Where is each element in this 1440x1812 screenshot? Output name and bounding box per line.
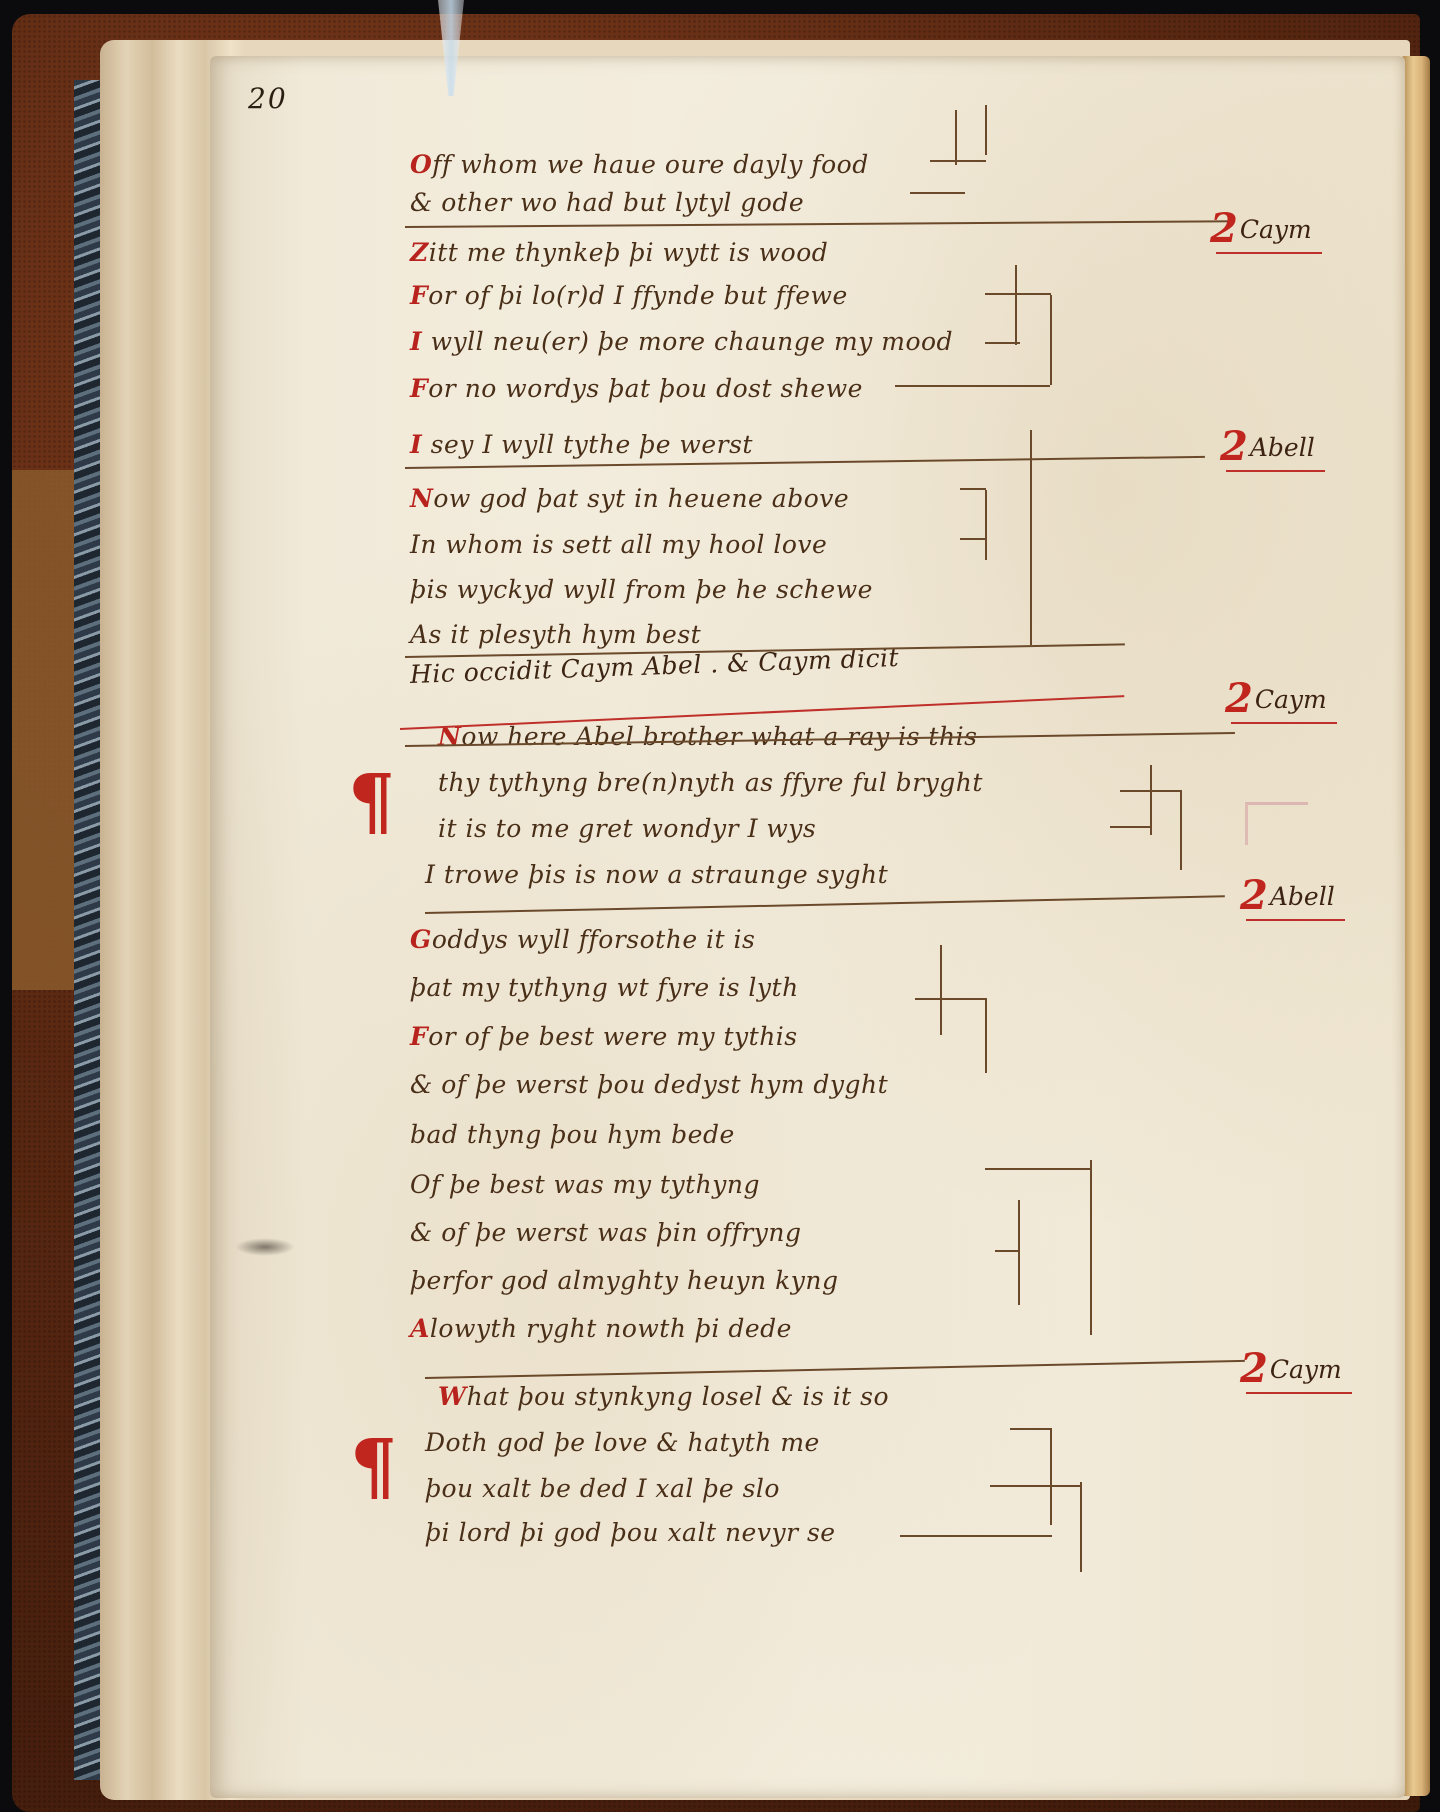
verse-line: Now god þat syt in heuene above xyxy=(410,484,849,513)
rhyme-bracket xyxy=(985,490,987,560)
verse-line: For of þe best were my tythis xyxy=(410,1022,798,1051)
rhyme-bracket xyxy=(900,1535,1052,1537)
rhyme-bracket xyxy=(910,192,965,194)
verse-line: þis wyckyd wyll from þe he schewe xyxy=(410,575,873,604)
rhyme-bracket xyxy=(985,998,987,1073)
verse-line: thy tythyng bre(n)nyth as ffyre ful bryg… xyxy=(438,768,983,797)
rhyme-bracket xyxy=(1110,826,1152,828)
speaker-underline xyxy=(1246,1392,1352,1394)
rhyme-bracket xyxy=(985,1168,1090,1170)
verse-line: I trowe þis is now a straunge syght xyxy=(425,860,888,889)
rhyme-bracket xyxy=(1010,1428,1052,1430)
rhyme-bracket xyxy=(895,385,1050,387)
verse-line: I sey I wyll tythe þe werst xyxy=(410,430,753,459)
verse-line: For of þi lo(r)d I ffynde but ffewe xyxy=(410,281,848,310)
rhyme-bracket xyxy=(990,1485,1082,1487)
verse-line: bad thyng þou hym bede xyxy=(410,1120,735,1149)
verse-line: þi lord þi god þou xalt nevyr se xyxy=(425,1518,836,1547)
rubricated-initial: A xyxy=(410,1314,430,1343)
speaker-label-caym: 2Caym xyxy=(1210,205,1312,252)
verse-line: Zitt me thynkeþ þi wytt is wood xyxy=(410,238,828,267)
verse-line: As it plesyth hym best xyxy=(410,620,701,649)
verse-line: In whom is sett all my hool love xyxy=(410,530,827,559)
rubric-mark-icon: 2 xyxy=(1225,675,1253,722)
rubricated-initial: O xyxy=(410,150,432,179)
rhyme-bracket xyxy=(1015,265,1017,345)
rhyme-bracket xyxy=(1018,1200,1020,1305)
speaker-label-caym: 2Caym xyxy=(1240,1345,1342,1392)
rhyme-bracket xyxy=(930,160,986,162)
rhyme-bracket xyxy=(955,110,957,165)
rubric-mark-icon: 2 xyxy=(1240,1345,1268,1392)
rubric-mark-icon: 2 xyxy=(1220,423,1248,470)
verse-line: it is to me gret wondyr I wys xyxy=(438,814,816,843)
speaker-label-caym: 2Caym xyxy=(1225,675,1327,722)
verse-line: & other wo had but lytyl gode xyxy=(410,188,804,217)
rubricated-initial: F xyxy=(410,374,428,403)
rhyme-bracket xyxy=(1150,765,1152,835)
offset-ghost-mark xyxy=(1245,802,1308,845)
rhyme-bracket xyxy=(915,998,987,1000)
rubric-mark-icon: 2 xyxy=(1240,872,1268,919)
speaker-underline xyxy=(1246,919,1345,921)
speaker-underline xyxy=(1231,722,1337,724)
rubricated-initial: W xyxy=(438,1382,467,1411)
rubricated-initial: G xyxy=(410,925,432,954)
rhyme-bracket xyxy=(1120,790,1182,792)
speaker-label-abell: 2Abell xyxy=(1240,872,1335,919)
folio-number: 20 xyxy=(248,82,288,115)
verse-line: & of þe werst þou dedyst hym dyght xyxy=(410,1070,888,1099)
verse-line: Alowyth ryght nowth þi dede xyxy=(410,1314,792,1343)
rhyme-bracket xyxy=(995,1250,1020,1252)
ink-blot xyxy=(235,1238,295,1256)
verse-line: Goddys wyll fforsothe it is xyxy=(410,925,755,954)
verse-line: þerfor god almyghty heuyn kyng xyxy=(410,1266,838,1295)
verse-line: Doth god þe love & hatyth me xyxy=(425,1428,820,1457)
rhyme-bracket xyxy=(940,945,942,1035)
verse-line: What þou stynkyng losel & is it so xyxy=(438,1382,889,1411)
rubric-mark-icon: 2 xyxy=(1210,205,1238,252)
verse-line: þou xalt be ded I xal þe slo xyxy=(425,1474,780,1503)
rhyme-bracket xyxy=(1050,295,1052,385)
rubricated-initial: I xyxy=(410,430,422,459)
rhyme-bracket xyxy=(985,105,987,155)
rhyme-bracket xyxy=(1030,430,1032,645)
verse-line: & of þe werst was þin offryng xyxy=(410,1218,802,1247)
rhyme-bracket xyxy=(1080,1482,1082,1572)
verse-line: Off whom we haue oure dayly food xyxy=(410,150,869,179)
rubricated-initial: I xyxy=(410,327,422,356)
rubricated-initial: F xyxy=(410,281,428,310)
rhyme-bracket xyxy=(960,488,986,490)
rhyme-bracket xyxy=(1050,1430,1052,1525)
verse-line: Of þe best was my tythyng xyxy=(410,1170,760,1199)
rubricated-initial: N xyxy=(410,484,433,513)
rubricated-initial: Z xyxy=(410,238,429,267)
facing-page-edge xyxy=(1402,56,1430,1796)
rhyme-bracket xyxy=(985,293,1051,295)
speaker-label-abell: 2Abell xyxy=(1220,423,1315,470)
speaker-underline xyxy=(1216,252,1322,254)
rhyme-bracket xyxy=(985,342,1020,344)
verse-line: I wyll neu(er) þe more chaunge my mood xyxy=(410,327,953,356)
speaker-underline xyxy=(1226,470,1325,472)
rhyme-bracket xyxy=(1090,1160,1092,1335)
rhyme-bracket xyxy=(960,538,986,540)
rhyme-bracket xyxy=(1180,790,1182,870)
paraph-mark: ¶ xyxy=(350,1430,397,1504)
paraph-mark: ¶ xyxy=(348,765,395,839)
verse-line: For no wordys þat þou dost shewe xyxy=(410,374,863,403)
verse-line: þat my tythyng wt fyre is lyth xyxy=(410,973,799,1002)
rubricated-initial: F xyxy=(410,1022,428,1051)
cover-wear-patch xyxy=(12,470,82,990)
